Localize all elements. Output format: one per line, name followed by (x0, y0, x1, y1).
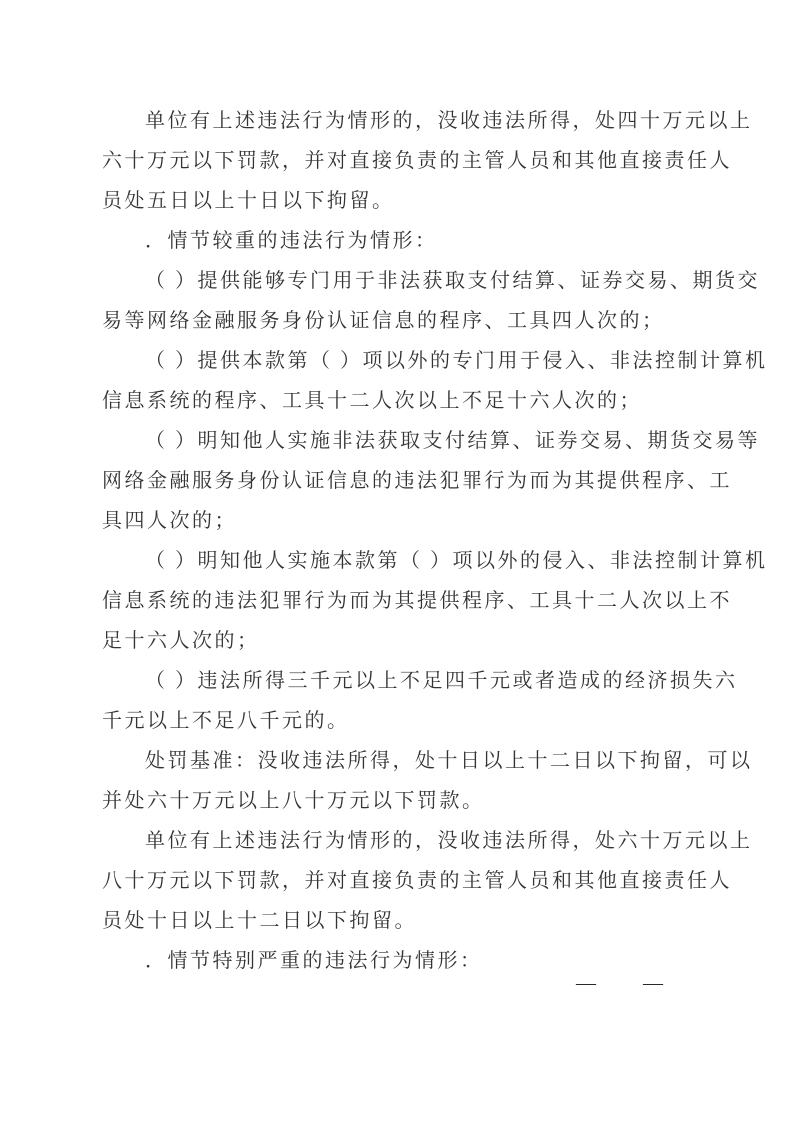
paragraph: （ ）明知他人实施非法获取支付结算、证券交易、期货交易等网络金融服务身份认证信息… (102, 421, 758, 541)
text-line: 并处六十万元以上八十万元以下罚款。 (102, 781, 758, 821)
footer-right-dash: — (643, 968, 663, 998)
text-line: 易等网络金融服务身份认证信息的程序、工具四人次的； (102, 301, 758, 341)
paragraph: 单位有上述违法行为情形的，没收违法所得，处四十万元以上六十万元以下罚款，并对直接… (102, 101, 758, 221)
paragraph: ．情节较重的违法行为情形： (102, 221, 758, 261)
text-line: （ ）明知他人实施非法获取支付结算、证券交易、期货交易等 (102, 421, 758, 461)
text-line: 八十万元以下罚款，并对直接负责的主管人员和其他直接责任人 (102, 861, 758, 901)
document-body: 单位有上述违法行为情形的，没收违法所得，处四十万元以上六十万元以下罚款，并对直接… (102, 101, 758, 981)
text-line: ．情节较重的违法行为情形： (102, 221, 758, 261)
paragraph: （ ）违法所得三千元以上不足四千元或者造成的经济损失六千元以上不足八千元的。 (102, 661, 758, 741)
text-line: 信息系统的违法犯罪行为而为其提供程序、工具十二人次以上不 (102, 581, 758, 621)
text-line: 单位有上述违法行为情形的，没收违法所得，处六十万元以上 (102, 821, 758, 861)
text-line: 足十六人次的； (102, 621, 758, 661)
document-page: 单位有上述违法行为情形的，没收违法所得，处四十万元以上六十万元以下罚款，并对直接… (0, 0, 793, 1122)
paragraph: （ ）提供能够专门用于非法获取支付结算、证券交易、期货交易等网络金融服务身份认证… (102, 261, 758, 341)
paragraph: 处罚基准：没收违法所得，处十日以上十二日以下拘留，可以并处六十万元以上八十万元以… (102, 741, 758, 821)
paragraph: （ ）明知他人实施本款第（ ）项以外的侵入、非法控制计算机信息系统的违法犯罪行为… (102, 541, 758, 661)
text-line: 网络金融服务身份认证信息的违法犯罪行为而为其提供程序、工 (102, 461, 758, 501)
text-line: （ ）提供本款第（ ）项以外的专门用于侵入、非法控制计算机 (102, 341, 758, 381)
footer-left-dash: — (576, 968, 596, 998)
text-line: 具四人次的； (102, 501, 758, 541)
page-footer: — — (0, 968, 793, 998)
paragraph: （ ）提供本款第（ ）项以外的专门用于侵入、非法控制计算机信息系统的程序、工具十… (102, 341, 758, 421)
text-line: 员处五日以上十日以下拘留。 (102, 181, 758, 221)
text-line: 信息系统的程序、工具十二人次以上不足十六人次的； (102, 381, 758, 421)
text-line: （ ）明知他人实施本款第（ ）项以外的侵入、非法控制计算机 (102, 541, 758, 581)
text-line: 员处十日以上十二日以下拘留。 (102, 901, 758, 941)
text-line: 千元以上不足八千元的。 (102, 701, 758, 741)
text-line: 处罚基准：没收违法所得，处十日以上十二日以下拘留，可以 (102, 741, 758, 781)
paragraph: 单位有上述违法行为情形的，没收违法所得，处六十万元以上八十万元以下罚款，并对直接… (102, 821, 758, 941)
text-line: （ ）违法所得三千元以上不足四千元或者造成的经济损失六 (102, 661, 758, 701)
text-line: （ ）提供能够专门用于非法获取支付结算、证券交易、期货交 (102, 261, 758, 301)
text-line: 单位有上述违法行为情形的，没收违法所得，处四十万元以上 (102, 101, 758, 141)
text-line: 六十万元以下罚款，并对直接负责的主管人员和其他直接责任人 (102, 141, 758, 181)
